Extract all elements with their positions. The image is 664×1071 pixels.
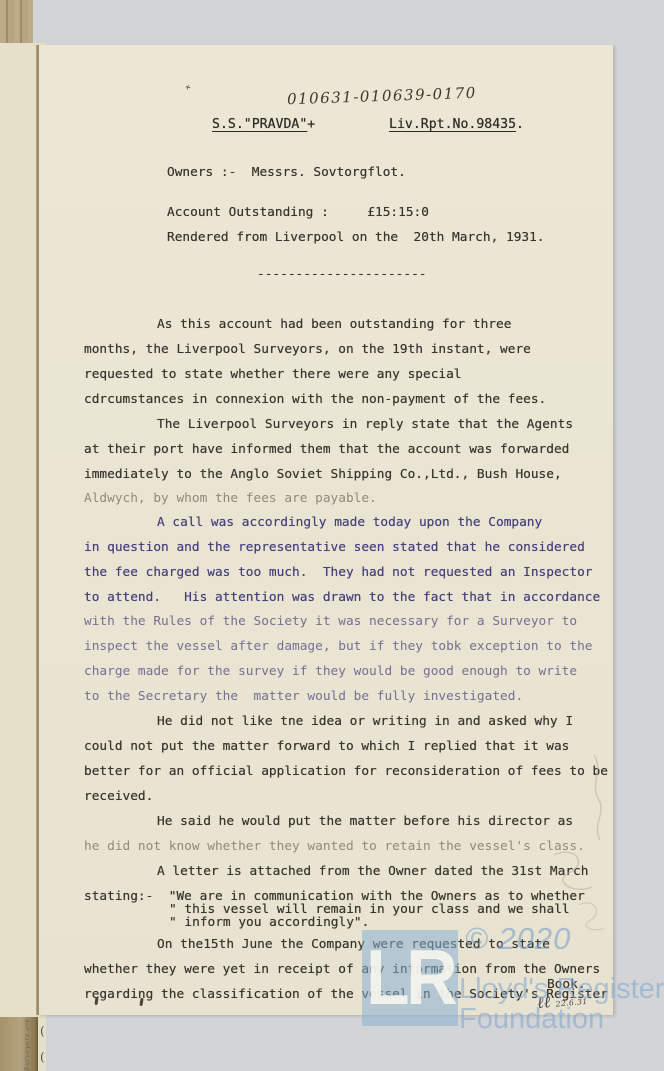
typed-line: the fee charged was too much. They had n… — [84, 566, 593, 580]
typed-line: requested to state whether there were an… — [84, 368, 462, 382]
stray-ink-mark: + — [184, 83, 191, 94]
ink-dash-mark — [94, 997, 98, 1005]
binding-edge-bottom — [0, 1017, 38, 1071]
handwritten-paren-mark: ( — [40, 1024, 45, 1038]
ship-title-suffix: + — [307, 117, 315, 132]
typed-line: Owners :- Messrs. Sovtorgflot. — [167, 166, 406, 180]
typed-line: received. — [84, 790, 153, 804]
typed-line: A call was accordingly made today upon t… — [157, 516, 542, 530]
typed-line: could not put the matter forward to whic… — [84, 740, 569, 754]
typed-line: " inform you accordingly". — [169, 916, 369, 930]
typed-line: charge made for the survey if they would… — [84, 665, 577, 679]
typed-line: He said he would put the matter before h… — [157, 815, 573, 829]
typed-line: to attend. His attention was drawn to th… — [84, 591, 600, 605]
typed-line: months, the Liverpool Surveyors, on the … — [84, 343, 531, 357]
typed-line: Rendered from Liverpool on the 20th Marc… — [167, 231, 545, 245]
handwritten-signature: ℓℓ 22.6.31 — [536, 989, 588, 1013]
ink-dash-mark — [139, 998, 143, 1006]
typed-line: A letter is attached from the Owner date… — [157, 865, 588, 879]
binding-edge-top — [0, 0, 33, 44]
signature-flourish: ℓℓ — [536, 992, 551, 1012]
typed-line: at their port have informed them that th… — [84, 443, 569, 457]
typed-line: inspect the vessel after damage, but if … — [84, 640, 593, 654]
typed-line: better for an official application for r… — [84, 765, 608, 779]
edge-rotated-text: Surveyors are — [23, 1021, 31, 1071]
typed-line: cdrcumstances in connexion with the non-… — [84, 393, 546, 407]
typed-line: On the15th June the Company were request… — [157, 938, 550, 952]
typed-line: to the Secretary the matter would be ful… — [84, 690, 523, 704]
handwritten-reference-number: 010631-010639-0170 — [287, 84, 477, 109]
document-page: 010631-010639-0170 + S.S."PRAVDA"+ Liv.R… — [37, 45, 613, 1015]
typed-line: in question and the representative seen … — [84, 541, 585, 555]
signature-date: 22.6.31 — [555, 997, 588, 1009]
typed-line: He did not like tne idea or writing in a… — [157, 715, 573, 729]
typed-line: As this account had been outstanding for… — [157, 318, 511, 332]
typed-line: Account Outstanding : £15:15:0 — [167, 206, 429, 220]
typed-line: ---------------------- — [257, 268, 427, 282]
scanned-document-photo: Surveyors are ( ( 010631-010639-0170 + S… — [0, 0, 664, 1071]
typed-line: he did not know whether they wanted to r… — [84, 840, 585, 854]
pencil-squiggle — [534, 745, 614, 935]
typed-line: Aldwych, by whom the fees are payable. — [84, 492, 377, 506]
handwritten-paren-mark: ( — [40, 1050, 45, 1064]
ship-title: S.S."PRAVDA"+ — [212, 117, 315, 132]
typed-line: The Liverpool Surveyors in reply state t… — [157, 418, 573, 432]
typed-line: regarding the classification of the vess… — [84, 988, 608, 1002]
report-number: Liv.Rpt.No.98435. — [389, 117, 524, 132]
typed-line: with the Rules of the Society it was nec… — [84, 615, 577, 629]
typed-line: whether they were yet in receipt of any … — [84, 963, 600, 977]
typed-line: immediately to the Anglo Soviet Shipping… — [84, 468, 562, 482]
